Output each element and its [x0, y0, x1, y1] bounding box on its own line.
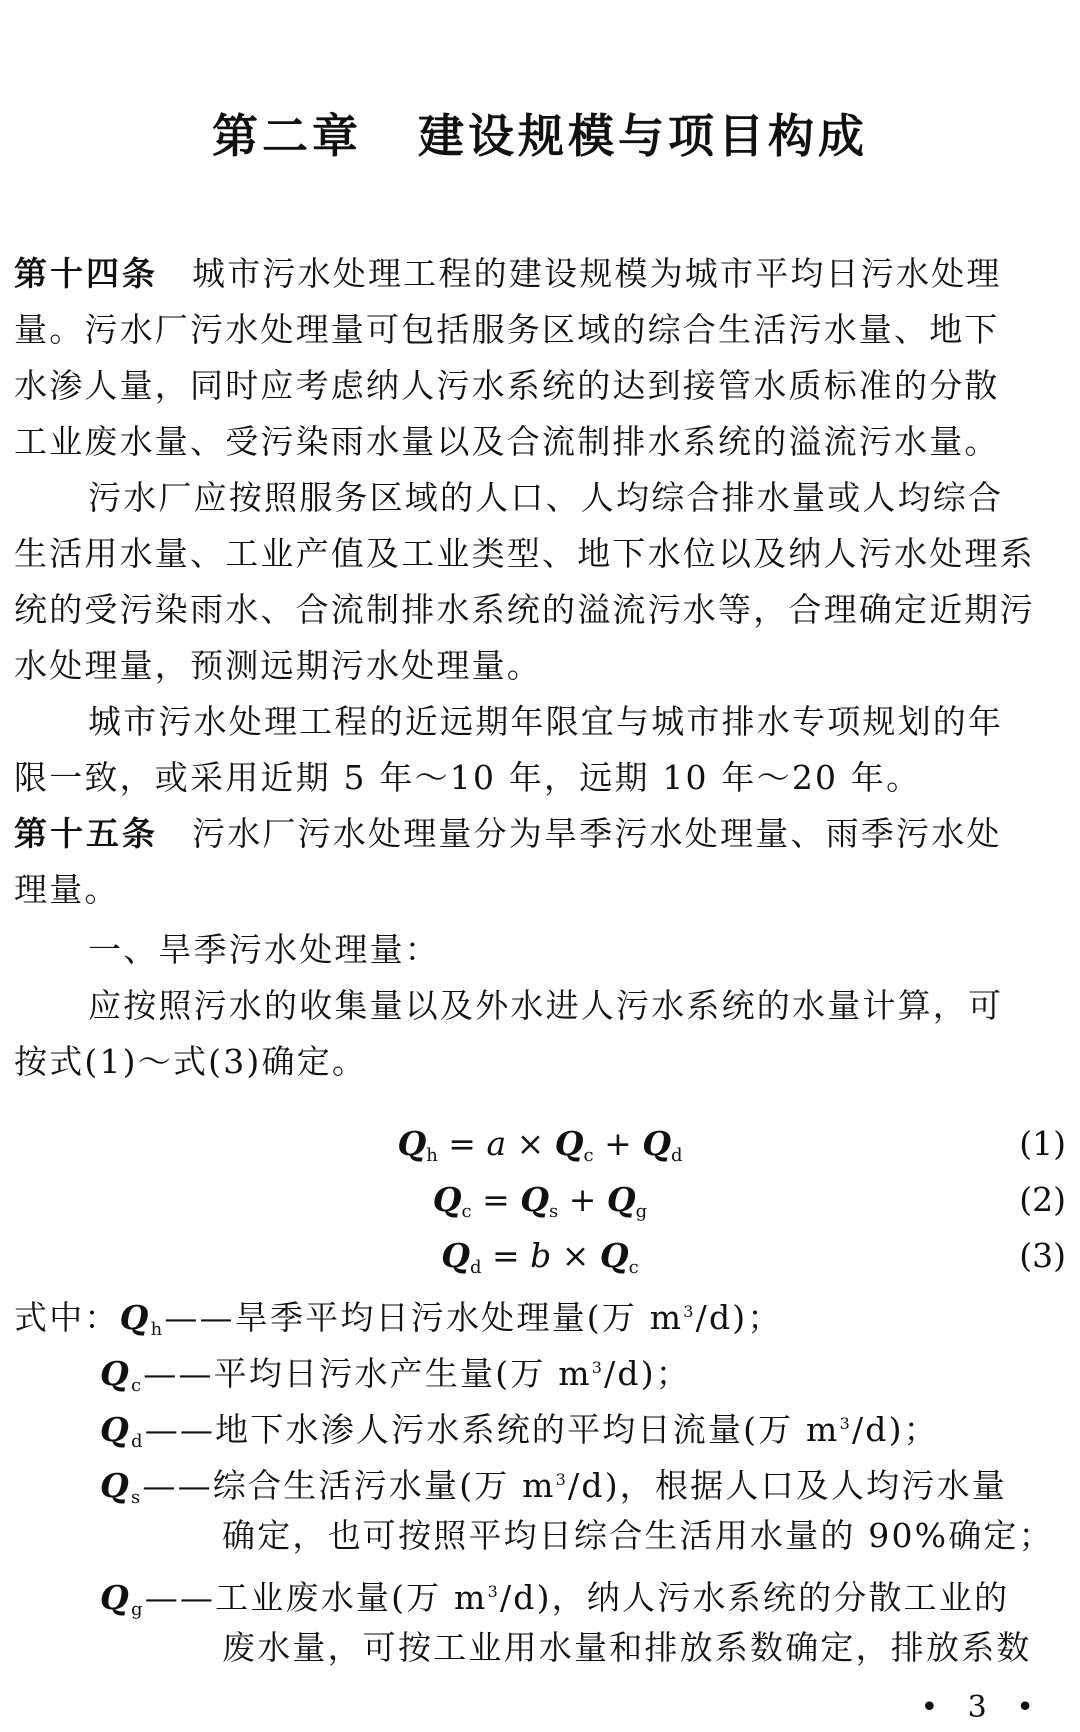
- symbol-qh: Qh: [120, 1298, 165, 1337]
- chapter-name: 建设规模与项目构成: [418, 109, 868, 163]
- article-14-line-2: 量。污水厂污水处理量可包括服务区域的综合生活污水量、地下: [14, 310, 1070, 350]
- article-14-para2-line-1: 污水厂应按照服务区域的人口、人均综合排水量或人均综合: [88, 478, 1070, 518]
- superscript: 3: [556, 1470, 568, 1489]
- article-15-text: 污水厂污水处理量分为旱季污水处理量、雨季污水处: [192, 814, 1002, 853]
- definition-qd: Qd——地下水渗人污水系统的平均日流量(万 m3/d)；: [100, 1404, 939, 1462]
- article-15-intro-line-1: 应按照污水的收集量以及外水进人污水系统的水量计算，可: [88, 986, 1070, 1026]
- article-14-para2-line-4: 水处理量，预测远期污水处理量。: [14, 646, 1070, 686]
- symbol-qs: Qs: [100, 1466, 142, 1505]
- dash: ——: [145, 1578, 215, 1617]
- definition-text: /d)；: [852, 1410, 939, 1449]
- article-14-para3-line-1: 城市污水处理工程的近远期年限宜与城市排水专项规划的年: [88, 702, 1070, 742]
- definition-text: 平均日污水产生量(万 m: [214, 1354, 592, 1393]
- dash: ——: [143, 1354, 213, 1393]
- article-15-label: 第十五条: [14, 814, 158, 853]
- dash: ——: [164, 1298, 234, 1337]
- article-14-para2-line-3: 统的受污染雨水、合流制排水系统的溢流污水等，合理确定近期污: [14, 590, 1070, 630]
- definition-qs-continued: 确定，也可按照平均日综合生活用水量的 90%确定；: [222, 1516, 1054, 1556]
- definition-qh: 式中：Qh——旱季平均日污水处理量(万 m3/d)；: [14, 1292, 783, 1350]
- chapter-title: 第二章建设规模与项目构成: [0, 100, 1080, 166]
- article-14-label: 第十四条: [14, 254, 158, 293]
- formula-1-expression: Qh = a × Qc + Qd: [0, 1124, 1080, 1176]
- definition-qg-continued: 废水量，可按工业用水量和排放系数确定，排放系数: [222, 1628, 1032, 1668]
- article-15-line-1: 第十五条污水厂污水处理量分为旱季污水处理量、雨季污水处: [14, 814, 1070, 854]
- formula-1-number: (1): [1019, 1124, 1066, 1164]
- definition-text: /d)，根据人口及人均污水量: [568, 1466, 1007, 1505]
- article-15-line-2: 理量。: [14, 870, 1070, 910]
- symbol-qg: Qg: [100, 1578, 145, 1617]
- article-15-intro-line-2: 按式(1)～式(3)确定。: [14, 1042, 1070, 1082]
- symbol-qd: Qd: [100, 1410, 145, 1449]
- article-14-line-3: 水渗人量，同时应考虑纳人污水系统的达到接管水质标准的分散: [14, 366, 1070, 406]
- definition-text: 综合生活污水量(万 m: [213, 1466, 556, 1505]
- dash: ——: [142, 1466, 212, 1505]
- formula-2-number: (2): [1019, 1180, 1066, 1220]
- chapter-number: 第二章: [212, 109, 362, 163]
- superscript: 3: [840, 1414, 852, 1433]
- formula-2-expression: Qc = Qs + Qg: [0, 1180, 1080, 1232]
- definition-text: 旱季平均日污水处理量(万 m: [235, 1298, 683, 1337]
- page-number: • 3 •: [920, 1690, 1044, 1725]
- formula-3-expression: Qd = b × Qc: [0, 1236, 1080, 1288]
- article-14-line-4: 工业废水量、受污染雨水量以及合流制排水系统的溢流污水量。: [14, 422, 1070, 462]
- definition-text: 工业废水量(万 m: [215, 1578, 487, 1617]
- definition-text: /d)；: [696, 1298, 783, 1337]
- superscript: 3: [683, 1302, 695, 1321]
- definition-qs: Qs——综合生活污水量(万 m3/d)，根据人口及人均污水量: [100, 1460, 1007, 1518]
- formula-3-number: (3): [1019, 1236, 1066, 1276]
- document-page: 第二章建设规模与项目构成 第十四条城市污水处理工程的建设规模为城市平均日污水处理…: [0, 0, 1080, 1732]
- article-14-text: 城市污水处理工程的建设规模为城市平均日污水处理: [192, 254, 1002, 293]
- superscript: 3: [488, 1582, 500, 1601]
- article-15-subheading: 一、旱季污水处理量：: [88, 930, 1070, 970]
- superscript: 3: [592, 1358, 604, 1377]
- symbol-qc: Qc: [100, 1354, 143, 1393]
- definition-text: /d)；: [604, 1354, 691, 1393]
- definition-text: /d)，纳人污水系统的分散工业的: [500, 1578, 1009, 1617]
- article-14-para2-line-2: 生活用水量、工业产值及工业类型、地下水位以及纳人污水处理系: [14, 534, 1070, 574]
- definitions-prefix: 式中：: [14, 1298, 120, 1337]
- article-14-para3-line-2: 限一致，或采用近期 5 年～10 年，远期 10 年～20 年。: [14, 758, 1070, 798]
- definition-qc: Qc——平均日污水产生量(万 m3/d)；: [100, 1348, 691, 1406]
- definition-qg: Qg——工业废水量(万 m3/d)，纳人污水系统的分散工业的: [100, 1572, 1009, 1630]
- definition-text: 地下水渗人污水系统的平均日流量(万 m: [215, 1410, 839, 1449]
- article-14-line-1: 第十四条城市污水处理工程的建设规模为城市平均日污水处理: [14, 254, 1070, 294]
- dash: ——: [145, 1410, 215, 1449]
